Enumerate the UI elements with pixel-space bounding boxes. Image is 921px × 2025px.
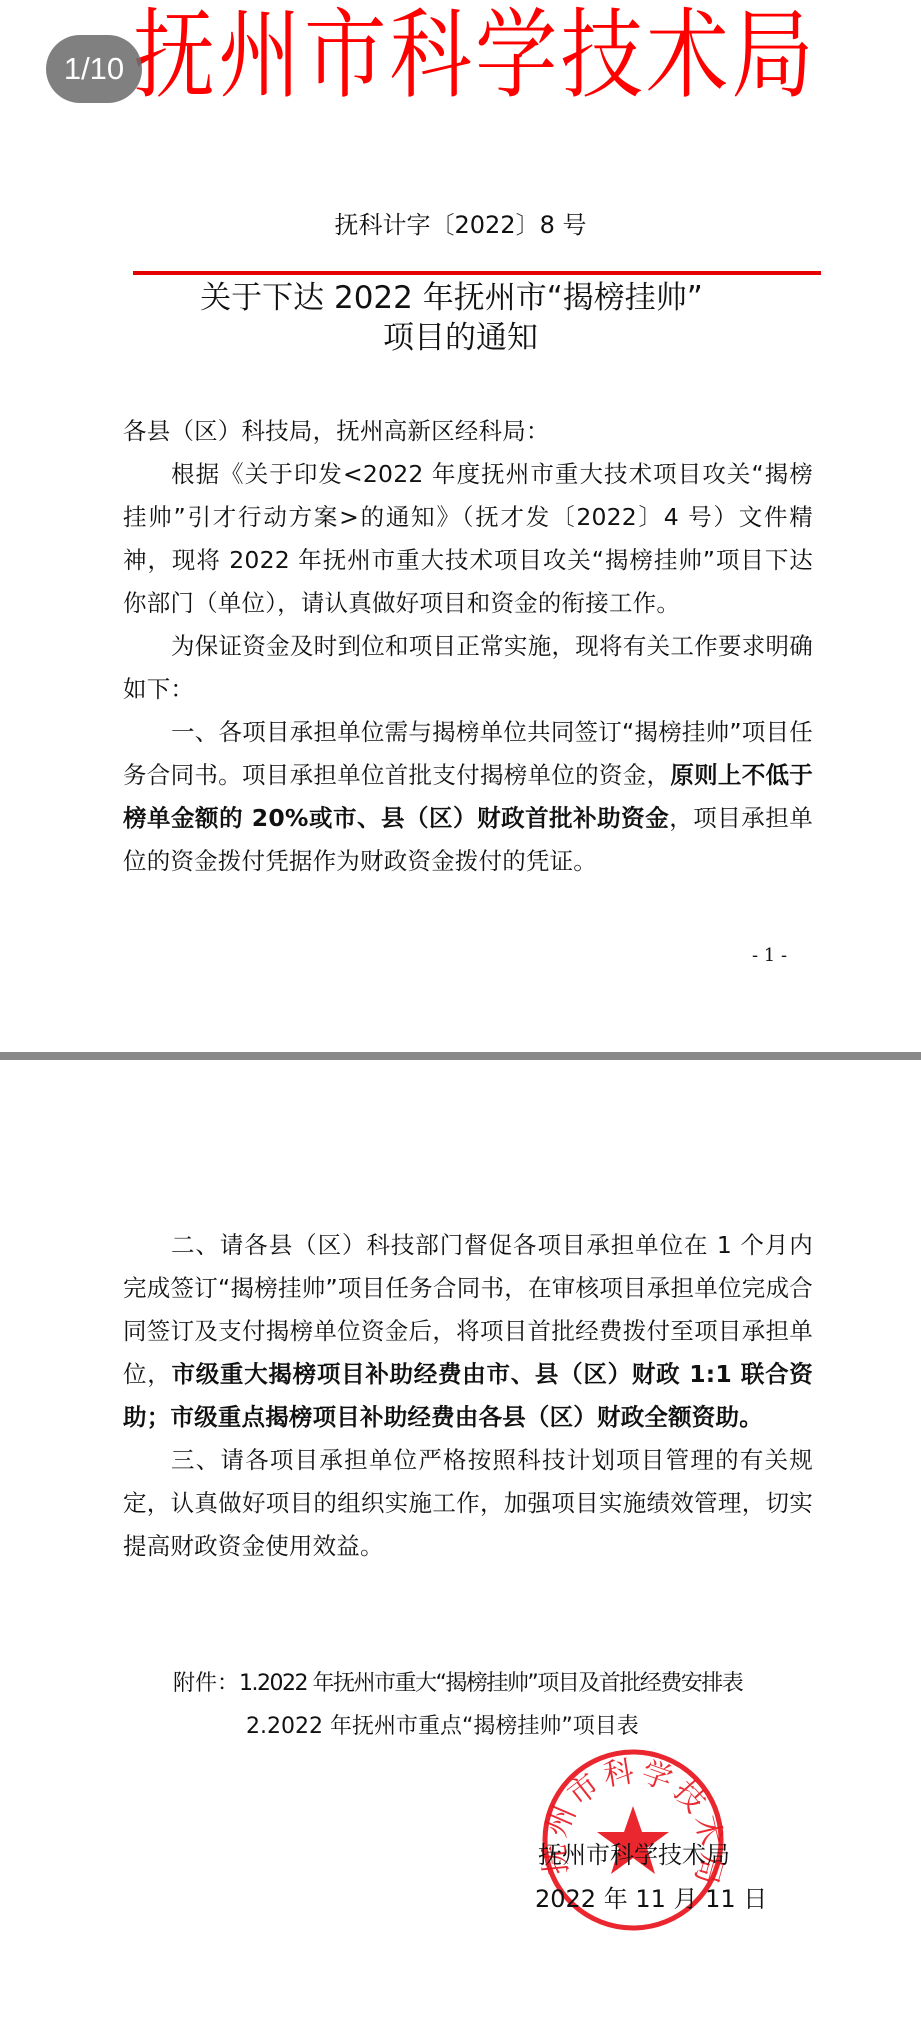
attachment-2: 2.2022 年抚州市重点“揭榜挂帅”项目表 (173, 1705, 742, 1748)
requirement-item-2-emphasis: 市级重大揭榜项目补助经费由市、县（区）财政 1:1 联合资助；市级重点揭榜项目补… (123, 1360, 813, 1431)
document-title: 关于下达 2022 年抚州市“揭榜挂帅” 项目的通知 (0, 278, 921, 358)
attachment-label: 附件： (173, 1671, 239, 1696)
attachments: 附件：1.2022 年抚州市重大“揭榜挂帅”项目及首批经费安排表 2.2022 … (173, 1662, 742, 1748)
attachment-1-row: 附件：1.2022 年抚州市重大“揭榜挂帅”项目及首批经费安排表 (173, 1662, 742, 1705)
issue-date: 2022 年 11 月 11 日 (535, 1882, 767, 1916)
masthead-title: 抚州市科学技术局 (133, 0, 817, 119)
masthead: 抚州市科学技术局 (133, 4, 800, 108)
paragraph-requirements-intro: 为保证资金及时到位和项目正常实施，现将有关工作要求明确如下： (123, 625, 813, 711)
document-title-line-2: 项目的通知 (0, 318, 921, 358)
requirement-item-2: 二、请各县（区）科技部门督促各项目承担单位在 1 个月内完成签订“揭榜挂帅”项目… (123, 1224, 813, 1439)
page2-body: 二、请各县（区）科技部门督促各项目承担单位在 1 个月内完成签订“揭榜挂帅”项目… (123, 1224, 813, 1568)
document-title-line-1: 关于下达 2022 年抚州市“揭榜挂帅” (0, 278, 921, 318)
page1-body: 各县（区）科技局，抚州高新区经科局： 根据《关于印发<2022 年度抚州市重大技… (123, 410, 813, 883)
red-header-rule (133, 271, 821, 275)
requirement-item-3: 三、请各项目承担单位严格按照科技计划项目管理的有关规定，认真做好项目的组织实施工… (123, 1439, 813, 1568)
salutation: 各县（区）科技局，抚州高新区经科局： (123, 410, 813, 453)
document-number: 抚科计字〔2022〕8 号 (0, 209, 921, 241)
issuer-signature: 抚州市科学技术局 (538, 1838, 730, 1872)
page-number: - 1 - (752, 944, 787, 968)
requirement-item-1: 一、各项目承担单位需与揭榜单位共同签订“揭榜挂帅”项目任务合同书。项目承担单位首… (123, 711, 813, 883)
attachment-1: 1.2022 年抚州市重大“揭榜挂帅”项目及首批经费安排表 (239, 1662, 742, 1705)
paragraph-basis: 根据《关于印发<2022 年度抚州市重大技术项目攻关“揭榜挂帅”引才行动方案>的… (123, 453, 813, 625)
page-separator (0, 1052, 921, 1060)
page-counter-badge: 1/10 (46, 35, 142, 103)
